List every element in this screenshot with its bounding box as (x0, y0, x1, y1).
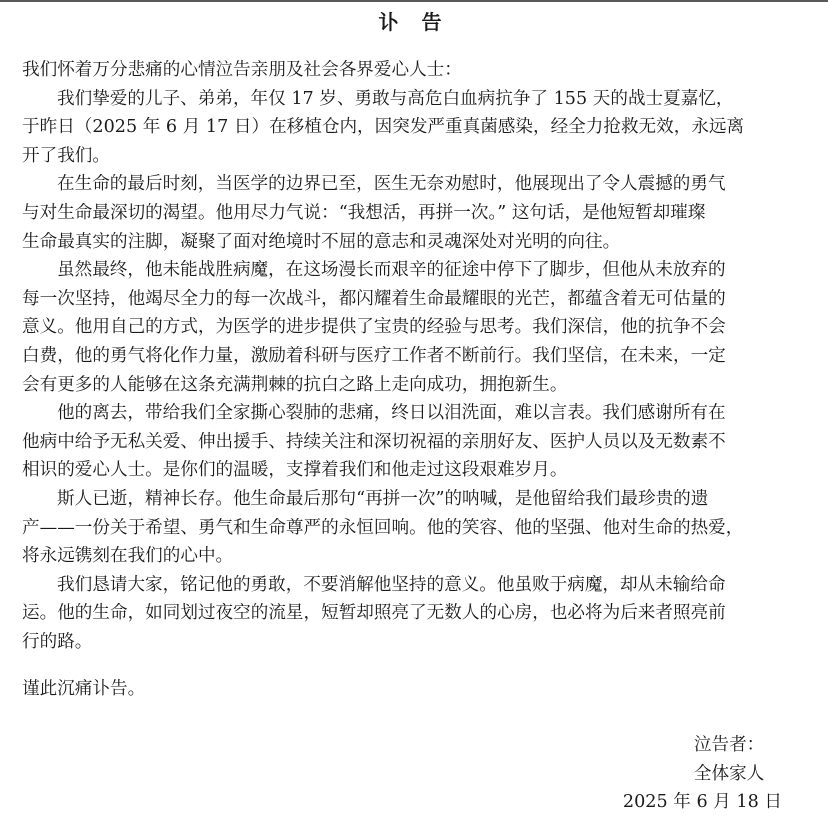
document-title: 讣 告 (0, 8, 828, 36)
signature-block: 泣告者： 全体家人 2025 年 6 月 18 日 (623, 731, 782, 817)
paragraph-line: 开了我们。 (22, 142, 792, 171)
paragraph-line: 意义。他用自己的方式，为医学的进步提供了宝贵的经验与思考。我们深信，他的抗争不会 (22, 313, 792, 342)
signature-label: 泣告者： (623, 731, 782, 760)
paragraph-line: 相识的爱心人士。是你们的温暖，支撑着我们和他走过这段艰难岁月。 (22, 456, 792, 485)
paragraph-line: 白费，他的勇气将化作力量，激励着科研与医疗工作者不断前行。我们坚信，在未来，一定 (22, 342, 792, 371)
paragraph-line: 每一次坚持，他竭尽全力的每一次战斗，都闪耀着生命最耀眼的光芒，都蕴含着无可估量的 (22, 285, 792, 314)
paragraph-line: 与对生命最深切的渴望。他用尽力气说：“我想活，再拼一次。” 这句话，是他短暂却璀… (22, 199, 792, 228)
paragraph-gratitude: 他的离去，带给我们全家撕心裂肺的悲痛，终日以泪洗面，难以言表。我们感谢所有在 他… (22, 399, 792, 485)
paragraph-line: 产——一份关于希望、勇气和生命尊严的永恒回响。他的笑容、他的坚强、他对生命的热爱… (22, 514, 792, 543)
paragraph-line: 将永远镌刻在我们的心中。 (22, 542, 792, 571)
signature-date: 2025 年 6 月 18 日 (623, 788, 782, 817)
paragraph-line: 于昨日（2025 年 6 月 17 日）在移植仓内，因突发严重真菌感染，经全力抢… (22, 113, 792, 142)
paragraph-line: 会有更多的人能够在这条充满荆棘的抗白之路上走向成功，拥抱新生。 (22, 371, 792, 400)
paragraph-line: 我们恳请大家，铭记他的勇敢，不要消解他坚持的意义。他虽败于病魔，却从未输给命 (22, 571, 792, 600)
paragraph-line: 我们挚爱的儿子、弟弟，年仅 17 岁、勇敢与高危白血病抗争了 155 天的战士夏… (22, 85, 792, 114)
paragraph-line: 斯人已逝，精神长存。他生命最后那句“再拼一次”的呐喊，是他留给我们最珍贵的遗 (22, 485, 792, 514)
top-border-rule (0, 0, 828, 2)
salutation: 我们怀着万分悲痛的心情泣告亲朋及社会各界爱心人士： (22, 56, 792, 85)
obituary-body: 我们怀着万分悲痛的心情泣告亲朋及社会各界爱心人士： 我们挚爱的儿子、弟弟，年仅 … (22, 56, 792, 656)
paragraph-announcement: 我们挚爱的儿子、弟弟，年仅 17 岁、勇敢与高危白血病抗争了 155 天的战士夏… (22, 85, 792, 171)
paragraph-line: 生命最真实的注脚，凝聚了面对绝境时不屈的意志和灵魂深处对光明的向往。 (22, 228, 792, 257)
paragraph-line: 在生命的最后时刻，当医学的边界已至，医生无奈劝慰时，他展现出了令人震撼的勇气 (22, 170, 792, 199)
paragraph-line: 他的离去，带给我们全家撕心裂肺的悲痛，终日以泪洗面，难以言表。我们感谢所有在 (22, 399, 792, 428)
paragraph-line: 虽然最终，他未能战胜病魔，在这场漫长而艰辛的征途中停下了脚步，但他从未放弃的 (22, 256, 792, 285)
closing-statement: 谨此沉痛讣告。 (22, 675, 145, 703)
paragraph-last-moments: 在生命的最后时刻，当医学的边界已至，医生无奈劝慰时，他展现出了令人震撼的勇气 与… (22, 170, 792, 256)
signature-name: 全体家人 (623, 760, 782, 789)
paragraph-line: 他病中给予无私关爱、伸出援手、持续关注和深切祝福的亲朋好友、医护人员以及无数素不 (22, 428, 792, 457)
paragraph-legacy-struggle: 虽然最终，他未能战胜病魔，在这场漫长而艰辛的征途中停下了脚步，但他从未放弃的 每… (22, 256, 792, 399)
paragraph-appeal: 我们恳请大家，铭记他的勇敢，不要消解他坚持的意义。他虽败于病魔，却从未输给命 运… (22, 571, 792, 657)
paragraph-spirit: 斯人已逝，精神长存。他生命最后那句“再拼一次”的呐喊，是他留给我们最珍贵的遗 产… (22, 485, 792, 571)
paragraph-line: 运。他的生命，如同划过夜空的流星，短暂却照亮了无数人的心房，也必将为后来者照亮前 (22, 599, 792, 628)
paragraph-line: 行的路。 (22, 628, 792, 657)
